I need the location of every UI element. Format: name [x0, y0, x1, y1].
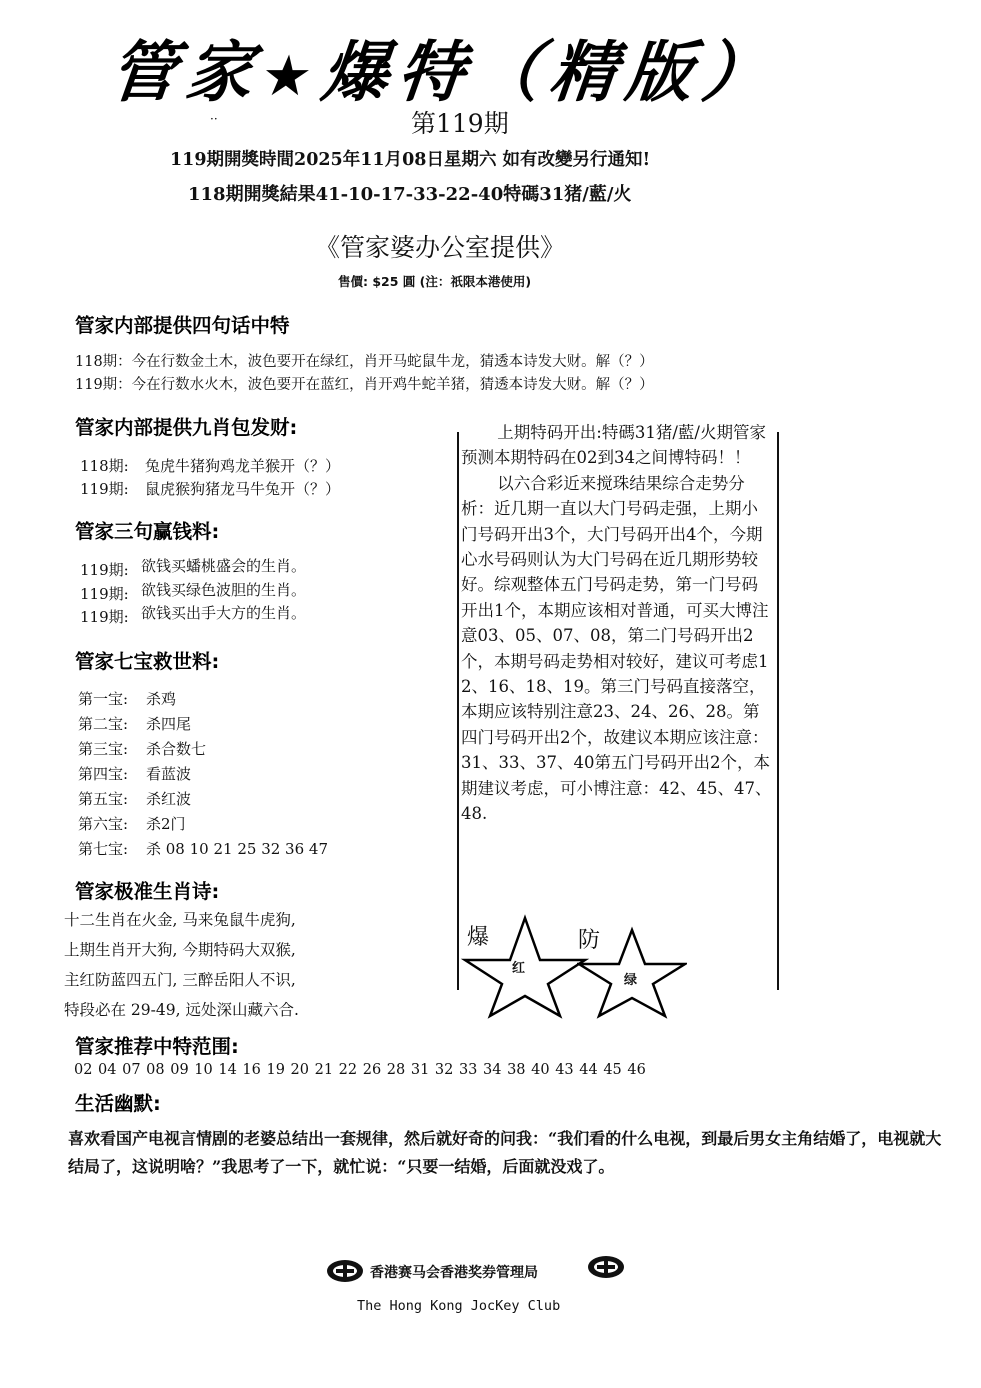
treasure-text: 看蓝波: [146, 763, 191, 784]
star-text-green: 绿: [624, 969, 637, 988]
jockey-club-logo-icon: [325, 1258, 365, 1284]
analysis-para-1: 上期特码开出:特碼31猪/藍/火期管家预测本期特码在02到34之间博特码！！: [461, 420, 773, 471]
treasure-label: 第四宝:: [78, 763, 128, 784]
footer-org-cn: 香港赛马会香港奖券管理局: [370, 1262, 538, 1282]
star-text-red: 红: [512, 957, 525, 976]
treasure-text: 杀红波: [146, 788, 191, 809]
analysis-para-2: 以六合彩近来搅珠结果综合走势分析：近几期一直以大门号码走强，上期小门号码开出3个…: [461, 471, 773, 827]
three-phrases-text: 欲钱买蟠桃盛会的生肖。: [141, 555, 306, 576]
treasure-label: 第二宝:: [78, 713, 128, 734]
section-title-seven-treasures: 管家七宝救世料:: [75, 646, 219, 674]
nine-zodiac-text: 兔虎牛猪狗鸡龙羊猴开（？）: [145, 455, 340, 476]
section-title-range: 管家推荐中特范围:: [75, 1031, 239, 1059]
decorative-dots: ··: [210, 112, 218, 126]
treasure-text: 杀 08 10 21 25 32 36 47: [146, 838, 328, 859]
humor-text: 喜欢看国产电视言情剧的老婆总结出一套规律，然后就好奇的问我：“我们看的什么电视，…: [68, 1125, 948, 1181]
range-numbers: 02 04 07 08 09 10 14 16 19 20 21 22 26 2…: [74, 1062, 646, 1078]
poem-line: 特段必在 29-49, 远处深山藏六合.: [64, 998, 299, 1020]
draw-time: 119期開獎時間2025年11月08日星期六 如有改變另行通知!: [170, 146, 650, 171]
treasure-text: 杀2门: [146, 813, 186, 834]
section-title-four-lines: 管家内部提供四句话中特: [75, 310, 290, 338]
poem-line: 十二生肖在火金, 马来兔鼠牛虎狗,: [64, 908, 296, 930]
four-lines-item: 118期：今在行数金土木，波色要开在绿红，肖开马蛇鼠牛龙，猜透本诗发大财。解（？…: [75, 350, 654, 371]
treasure-label: 第一宝:: [78, 688, 128, 709]
poem-line: 上期生肖开大狗, 今期特码大双猴,: [64, 938, 296, 960]
nine-zodiac-period: 119期:: [80, 478, 129, 499]
three-phrases-text: 欲钱买出手大方的生肖。: [141, 602, 306, 623]
four-lines-item: 119期：今在行数水火木，波色要开在蓝红，肖开鸡牛蛇羊猪，猜透本诗发大财。解（？…: [75, 373, 654, 394]
three-phrases-period: 119期:: [80, 559, 129, 580]
three-phrases-period: 119期:: [80, 583, 129, 604]
masthead-part1: 管家: [106, 34, 266, 111]
treasure-text: 杀合数七: [146, 738, 206, 759]
last-result: 118期開獎結果41-10-17-33-22-40特碼31猪/藍/火: [188, 180, 631, 206]
poem-line: 主红防蓝四五门, 三醉岳阳人不识,: [64, 968, 296, 990]
section-title-zodiac-poem: 管家极准生肖诗:: [75, 876, 219, 904]
treasure-label: 第五宝:: [78, 788, 128, 809]
masthead-part3: （精版）: [470, 34, 782, 111]
masthead-part2: 爆特: [318, 34, 478, 111]
price-note: 售價: $25 圓 (注：祇限本港使用): [338, 272, 531, 290]
treasure-label: 第六宝:: [78, 813, 128, 834]
nine-zodiac-period: 118期:: [80, 455, 129, 476]
analysis-box-text: 上期特码开出:特碼31猪/藍/火期管家预测本期特码在02到34之间博特码！！ 以…: [461, 420, 773, 827]
section-title-humor: 生活幽默:: [75, 1088, 161, 1116]
provider-banner: 《管家婆办公室提供》: [315, 228, 565, 264]
section-title-nine-zodiac: 管家内部提供九肖包发财:: [75, 412, 297, 440]
footer-org-en: The Hong Kong JocKey Club: [357, 1298, 560, 1314]
treasure-label: 第七宝:: [78, 838, 128, 859]
star-icon: ★: [258, 44, 325, 109]
section-title-three-phrases: 管家三句赢钱料:: [75, 516, 219, 544]
jockey-club-logo-icon: [586, 1254, 626, 1280]
issue-number: 第119期: [411, 104, 509, 140]
three-phrases-period: 119期:: [80, 606, 129, 627]
treasure-text: 杀鸡: [146, 688, 176, 709]
three-phrases-text: 欲钱买绿色波胆的生肖。: [141, 579, 306, 600]
treasure-text: 杀四尾: [146, 713, 191, 734]
treasure-label: 第三宝:: [78, 738, 128, 759]
nine-zodiac-text: 鼠虎猴狗猪龙马牛兔开（？）: [145, 478, 340, 499]
